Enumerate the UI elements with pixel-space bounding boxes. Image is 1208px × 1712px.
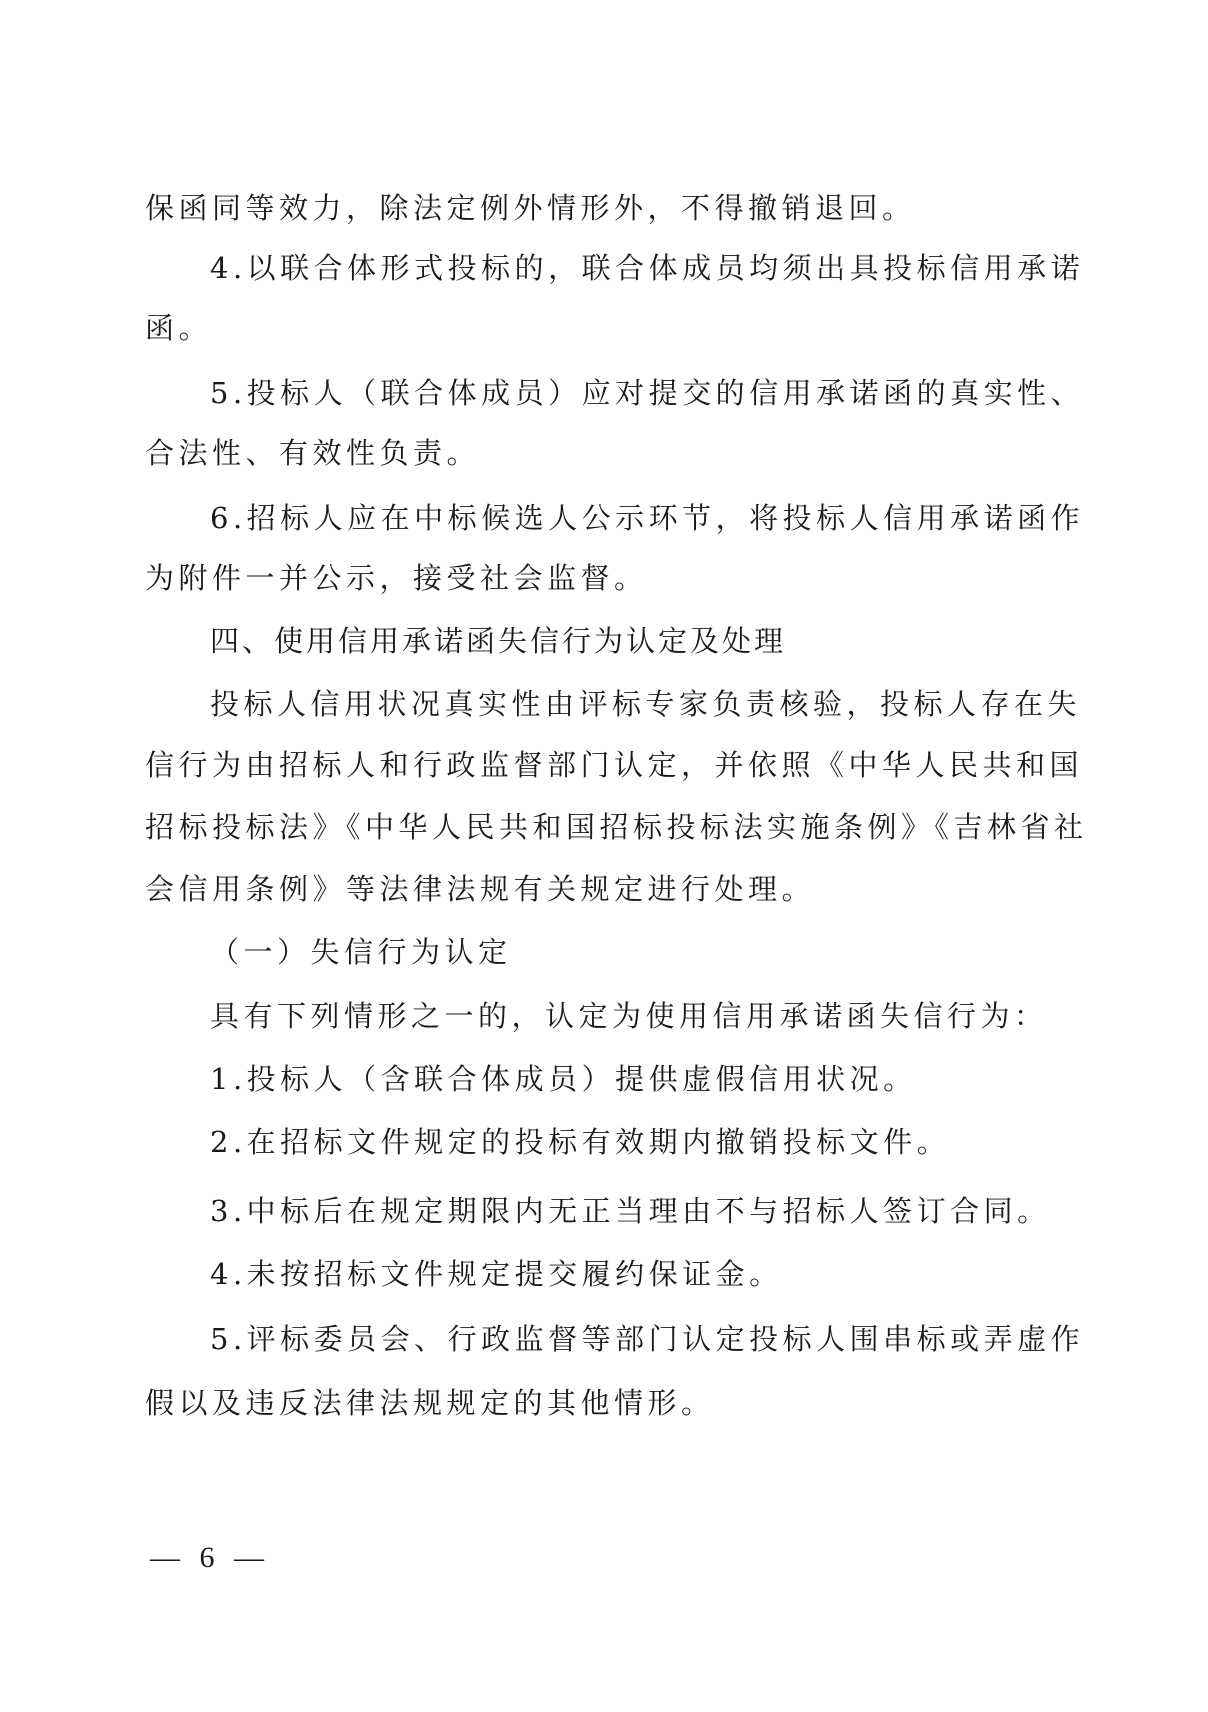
subsection-heading: （一）失信行为认定 xyxy=(210,932,512,972)
list-item-2: 2.在招标文件规定的投标有效期内撤销投标文件。 xyxy=(210,1122,950,1162)
list-item-4: 4.未按招标文件规定提交履约保证金。 xyxy=(210,1254,783,1294)
list-item-5: 5.评标委员会、行政监督等部门认定投标人围串标或弄虚作 xyxy=(210,1319,1084,1359)
paragraph-line-7: 为附件一并公示，接受社会监督。 xyxy=(145,558,648,598)
paragraph-line-6: 6.招标人应在中标候选人公示环节，将投标人信用承诺函作 xyxy=(210,498,1084,538)
list-item-3: 3.中标后在规定期限内无正当理由不与招标人签订合同。 xyxy=(210,1191,1051,1231)
document-page: 保函同等效力，除法定例外情形外，不得撤销退回。 4.以联合体形式投标的，联合体成… xyxy=(0,0,1208,1712)
paragraph-line-11: 招标投标法》《中华人民共和国招标投标法实施条例》《吉林省社 xyxy=(145,807,1088,847)
paragraph-line-5: 合法性、有效性负责。 xyxy=(145,433,480,473)
paragraph-line-1: 保函同等效力，除法定例外情形外，不得撤销退回。 xyxy=(145,188,916,228)
list-item-5-continued: 假以及违反法律法规规定的其他情形。 xyxy=(145,1383,715,1423)
page-number: — 6 — xyxy=(150,1538,270,1578)
paragraph-line-14: 具有下列情形之一的，认定为使用信用承诺函失信行为： xyxy=(210,996,1048,1036)
paragraph-line-9: 投标人信用状况真实性由评标专家负责核验，投标人存在失 xyxy=(210,684,1081,724)
section-heading: 四、使用信用承诺函失信行为认定及处理 xyxy=(210,621,786,661)
paragraph-line-3: 函。 xyxy=(145,308,212,348)
paragraph-line-2: 4.以联合体形式投标的，联合体成员均须出具投标信用承诺 xyxy=(210,248,1084,288)
paragraph-line-10: 信行为由招标人和行政监督部门认定，并依照《中华人民共和国 xyxy=(145,745,1083,785)
list-item-1: 1.投标人（含联合体成员）提供虚假信用状况。 xyxy=(210,1059,917,1099)
paragraph-line-12: 会信用条例》等法律法规有关规定进行处理。 xyxy=(145,869,815,909)
paragraph-line-4: 5.投标人（联合体成员）应对提交的信用承诺函的真实性、 xyxy=(210,373,1084,413)
